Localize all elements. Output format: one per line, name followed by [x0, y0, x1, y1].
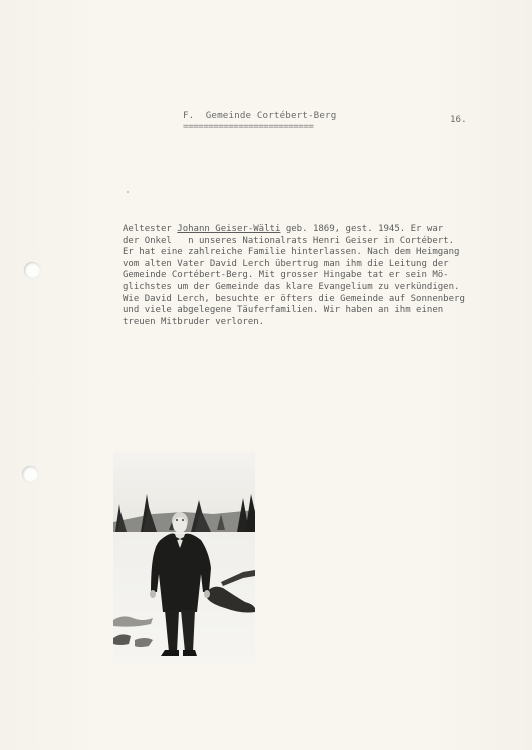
paragraph-line-3: Er hat eine zahlreiche Familie hinterlas… — [123, 247, 503, 259]
document-page: F. Gemeinde Cortébert-Berg =============… — [0, 0, 532, 750]
paragraph-line-8: und viele abgelegene Täuferfamilien. Wir… — [123, 305, 503, 317]
portrait-photo — [113, 452, 255, 664]
paragraph-line-1: Aeltester Johann Geiser-Wälti geb. 1869,… — [123, 224, 503, 236]
paragraph-line-4: vom alten Vater David Lerch übertrug man… — [123, 259, 503, 271]
section-heading: F. Gemeinde Cortébert-Berg — [183, 110, 336, 121]
person-name: Johann Geiser-Wälti — [177, 224, 280, 234]
paragraph-line-6: glichstes um der Gemeinde das klare Evan… — [123, 282, 503, 294]
paper-speck — [127, 191, 129, 193]
punch-hole-top — [24, 262, 40, 278]
line-suffix: geb. 1869, gest. 1945. Er war — [280, 224, 443, 234]
punch-hole-bottom — [22, 466, 38, 482]
paragraph-line-2: der Onkel n unseres Nationalrats Henri G… — [123, 236, 503, 248]
heading-double-underline: ========================== — [183, 122, 313, 132]
paragraph-line-7: Wie David Lerch, besuchte er öfters die … — [123, 294, 503, 306]
paragraph-line-5: Gemeinde Cortébert-Berg. Mit grosser Hin… — [123, 270, 503, 282]
line-prefix: Aeltester — [123, 224, 177, 234]
page-number: 16. — [450, 114, 467, 125]
biography-paragraph: Aeltester Johann Geiser-Wälti geb. 1869,… — [123, 224, 503, 328]
paragraph-line-9: treuen Mitbruder verloren. — [123, 317, 503, 329]
